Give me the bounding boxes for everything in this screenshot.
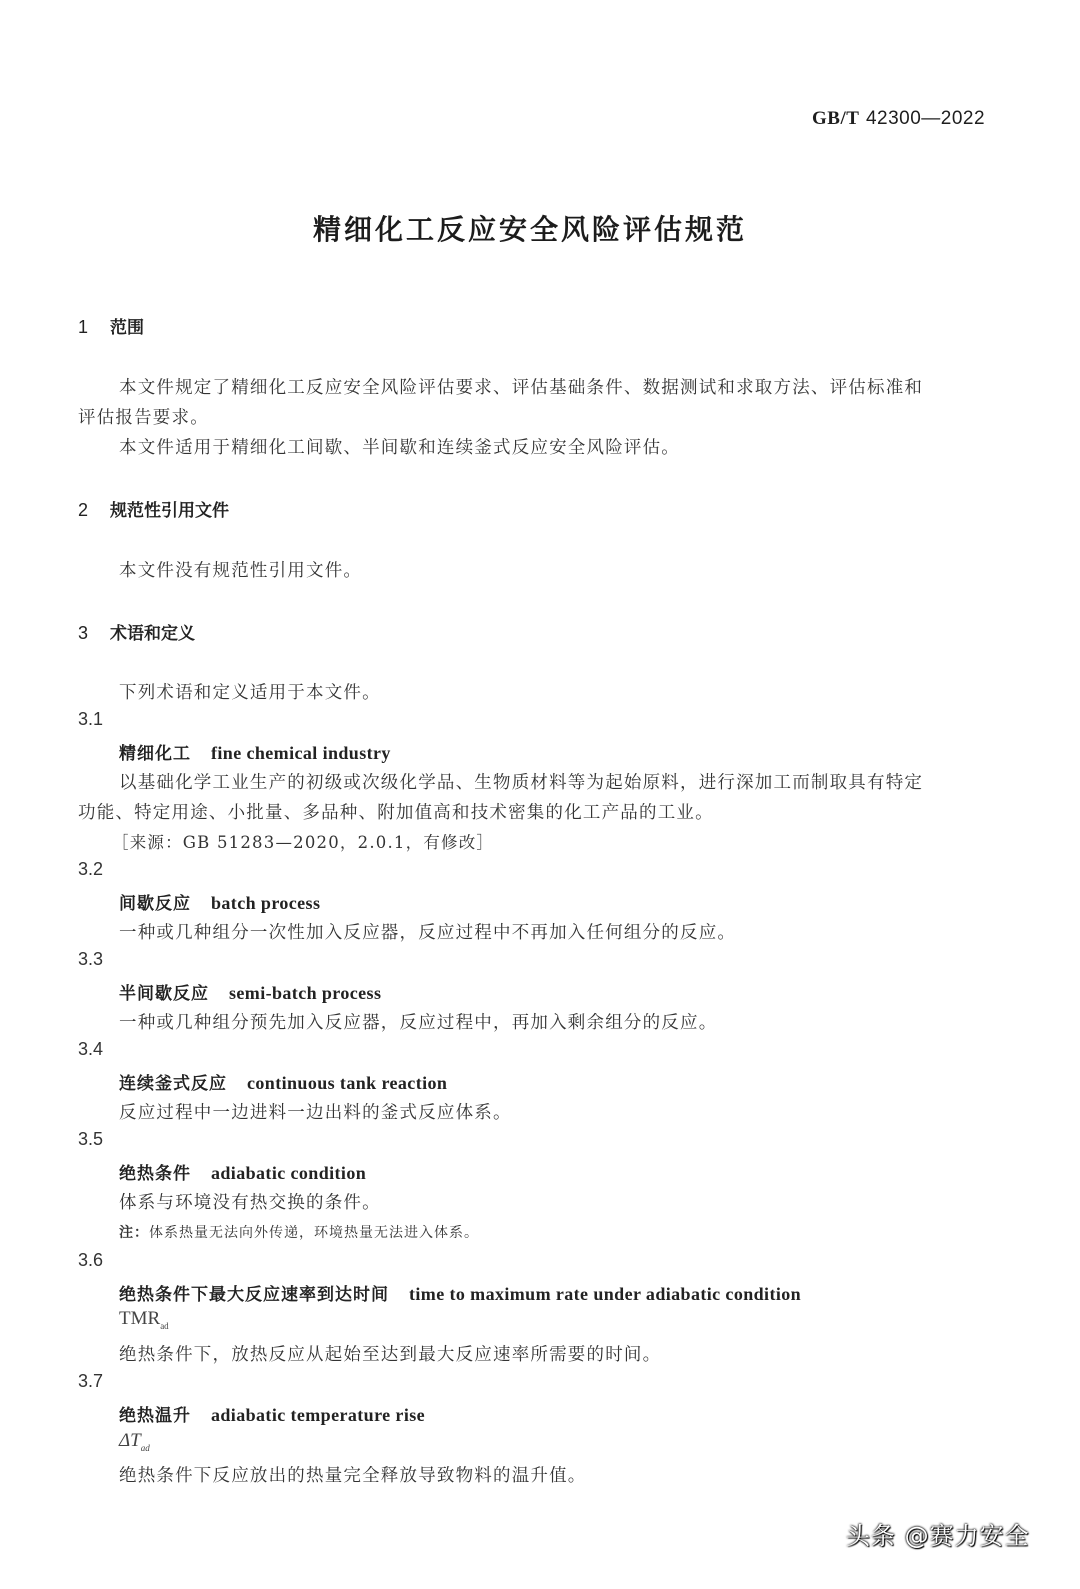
section-heading-1: 1范围 bbox=[78, 313, 144, 338]
source-reference: ［来源：GB 51283—2020，2.0.1，有修改］ bbox=[112, 829, 494, 853]
document-title: 精细化工反应安全风险评估规范 bbox=[0, 208, 1060, 248]
definition: 绝热条件下，放热反应从起始至达到最大反应速率所需要的时间。 bbox=[119, 1341, 661, 1366]
symbol-main: TMR bbox=[119, 1308, 160, 1329]
term-heading: 间歇反应batch process bbox=[119, 889, 320, 914]
term-symbol: TMRad bbox=[119, 1308, 169, 1331]
note: 注：体系热量无法向外传递，环境热量无法进入体系。 bbox=[119, 1222, 479, 1242]
paragraph: 本文件规定了精细化工反应安全风险评估要求、评估基础条件、数据测试和求取方法、评估… bbox=[119, 374, 923, 399]
standard-number: 42300—2022 bbox=[866, 108, 985, 129]
term-symbol: ΔTad bbox=[119, 1430, 150, 1453]
term-zh: 连续釜式反应 bbox=[119, 1074, 227, 1094]
term-zh: 绝热条件下最大反应速率到达时间 bbox=[119, 1285, 389, 1305]
term-en: semi-batch process bbox=[229, 983, 381, 1003]
section-number: 2 bbox=[78, 500, 110, 521]
term-en: batch process bbox=[211, 893, 320, 913]
definition: 反应过程中一边进料一边出料的釜式反应体系。 bbox=[119, 1099, 512, 1124]
symbol-subscript: ad bbox=[141, 1443, 150, 1453]
term-en: continuous tank reaction bbox=[247, 1073, 447, 1093]
term-en: adiabatic temperature rise bbox=[211, 1405, 425, 1425]
definition: 一种或几种组分一次性加入反应器，反应过程中不再加入任何组分的反应。 bbox=[119, 919, 736, 944]
clause-number: 3.6 bbox=[78, 1250, 103, 1271]
definition: 以基础化学工业生产的初级或次级化学品、生物质材料等为起始原料，进行深加工而制取具… bbox=[119, 769, 923, 794]
symbol-main: ΔT bbox=[119, 1430, 141, 1451]
clause-number: 3.7 bbox=[78, 1371, 103, 1392]
section-title: 术语和定义 bbox=[110, 624, 195, 644]
term-en: fine chemical industry bbox=[211, 743, 391, 763]
term-heading: 绝热温升adiabatic temperature rise bbox=[119, 1401, 425, 1426]
term-zh: 精细化工 bbox=[119, 744, 191, 764]
clause-number: 3.2 bbox=[78, 859, 103, 880]
term-heading: 半间歇反应semi-batch process bbox=[119, 979, 381, 1004]
definition: 绝热条件下反应放出的热量完全释放导致物料的温升值。 bbox=[119, 1462, 587, 1487]
symbol-subscript: ad bbox=[160, 1321, 169, 1331]
watermark: 头条 @赛力安全 bbox=[846, 1516, 1030, 1551]
term-zh: 绝热温升 bbox=[119, 1406, 191, 1426]
standard-prefix: GB/T bbox=[812, 108, 859, 129]
term-heading: 绝热条件下最大反应速率到达时间time to maximum rate unde… bbox=[119, 1280, 801, 1305]
section-heading-2: 2规范性引用文件 bbox=[78, 496, 229, 521]
term-zh: 半间歇反应 bbox=[119, 984, 209, 1004]
note-label: 注： bbox=[119, 1225, 149, 1241]
clause-number: 3.4 bbox=[78, 1039, 103, 1060]
clause-number: 3.5 bbox=[78, 1129, 103, 1150]
section-heading-3: 3术语和定义 bbox=[78, 619, 195, 644]
definition: 体系与环境没有热交换的条件。 bbox=[119, 1189, 381, 1214]
section-number: 3 bbox=[78, 623, 110, 644]
term-heading: 连续釜式反应continuous tank reaction bbox=[119, 1069, 447, 1094]
standard-code: GB/T 42300—2022 bbox=[812, 107, 985, 130]
clause-number: 3.3 bbox=[78, 949, 103, 970]
term-zh: 绝热条件 bbox=[119, 1164, 191, 1184]
definition: 功能、特定用途、小批量、多品种、附加值高和技术密集的化工产品的工业。 bbox=[78, 799, 714, 824]
note-text: 体系热量无法向外传递，环境热量无法进入体系。 bbox=[149, 1225, 479, 1241]
term-zh: 间歇反应 bbox=[119, 894, 191, 914]
paragraph: 评估报告要求。 bbox=[78, 404, 209, 429]
definition: 一种或几种组分预先加入反应器，反应过程中，再加入剩余组分的反应。 bbox=[119, 1009, 717, 1034]
term-heading: 精细化工fine chemical industry bbox=[119, 739, 391, 764]
paragraph: 本文件没有规范性引用文件。 bbox=[119, 557, 362, 582]
term-en: adiabatic condition bbox=[211, 1163, 366, 1183]
paragraph: 本文件适用于精细化工间歇、半间歇和连续釜式反应安全风险评估。 bbox=[119, 434, 680, 459]
term-en: time to maximum rate under adiabatic con… bbox=[409, 1284, 801, 1304]
term-heading: 绝热条件adiabatic condition bbox=[119, 1159, 366, 1184]
section-number: 1 bbox=[78, 317, 110, 338]
section-title: 范围 bbox=[110, 318, 144, 338]
clause-number: 3.1 bbox=[78, 709, 103, 730]
paragraph: 下列术语和定义适用于本文件。 bbox=[119, 679, 381, 704]
section-title: 规范性引用文件 bbox=[110, 501, 229, 521]
